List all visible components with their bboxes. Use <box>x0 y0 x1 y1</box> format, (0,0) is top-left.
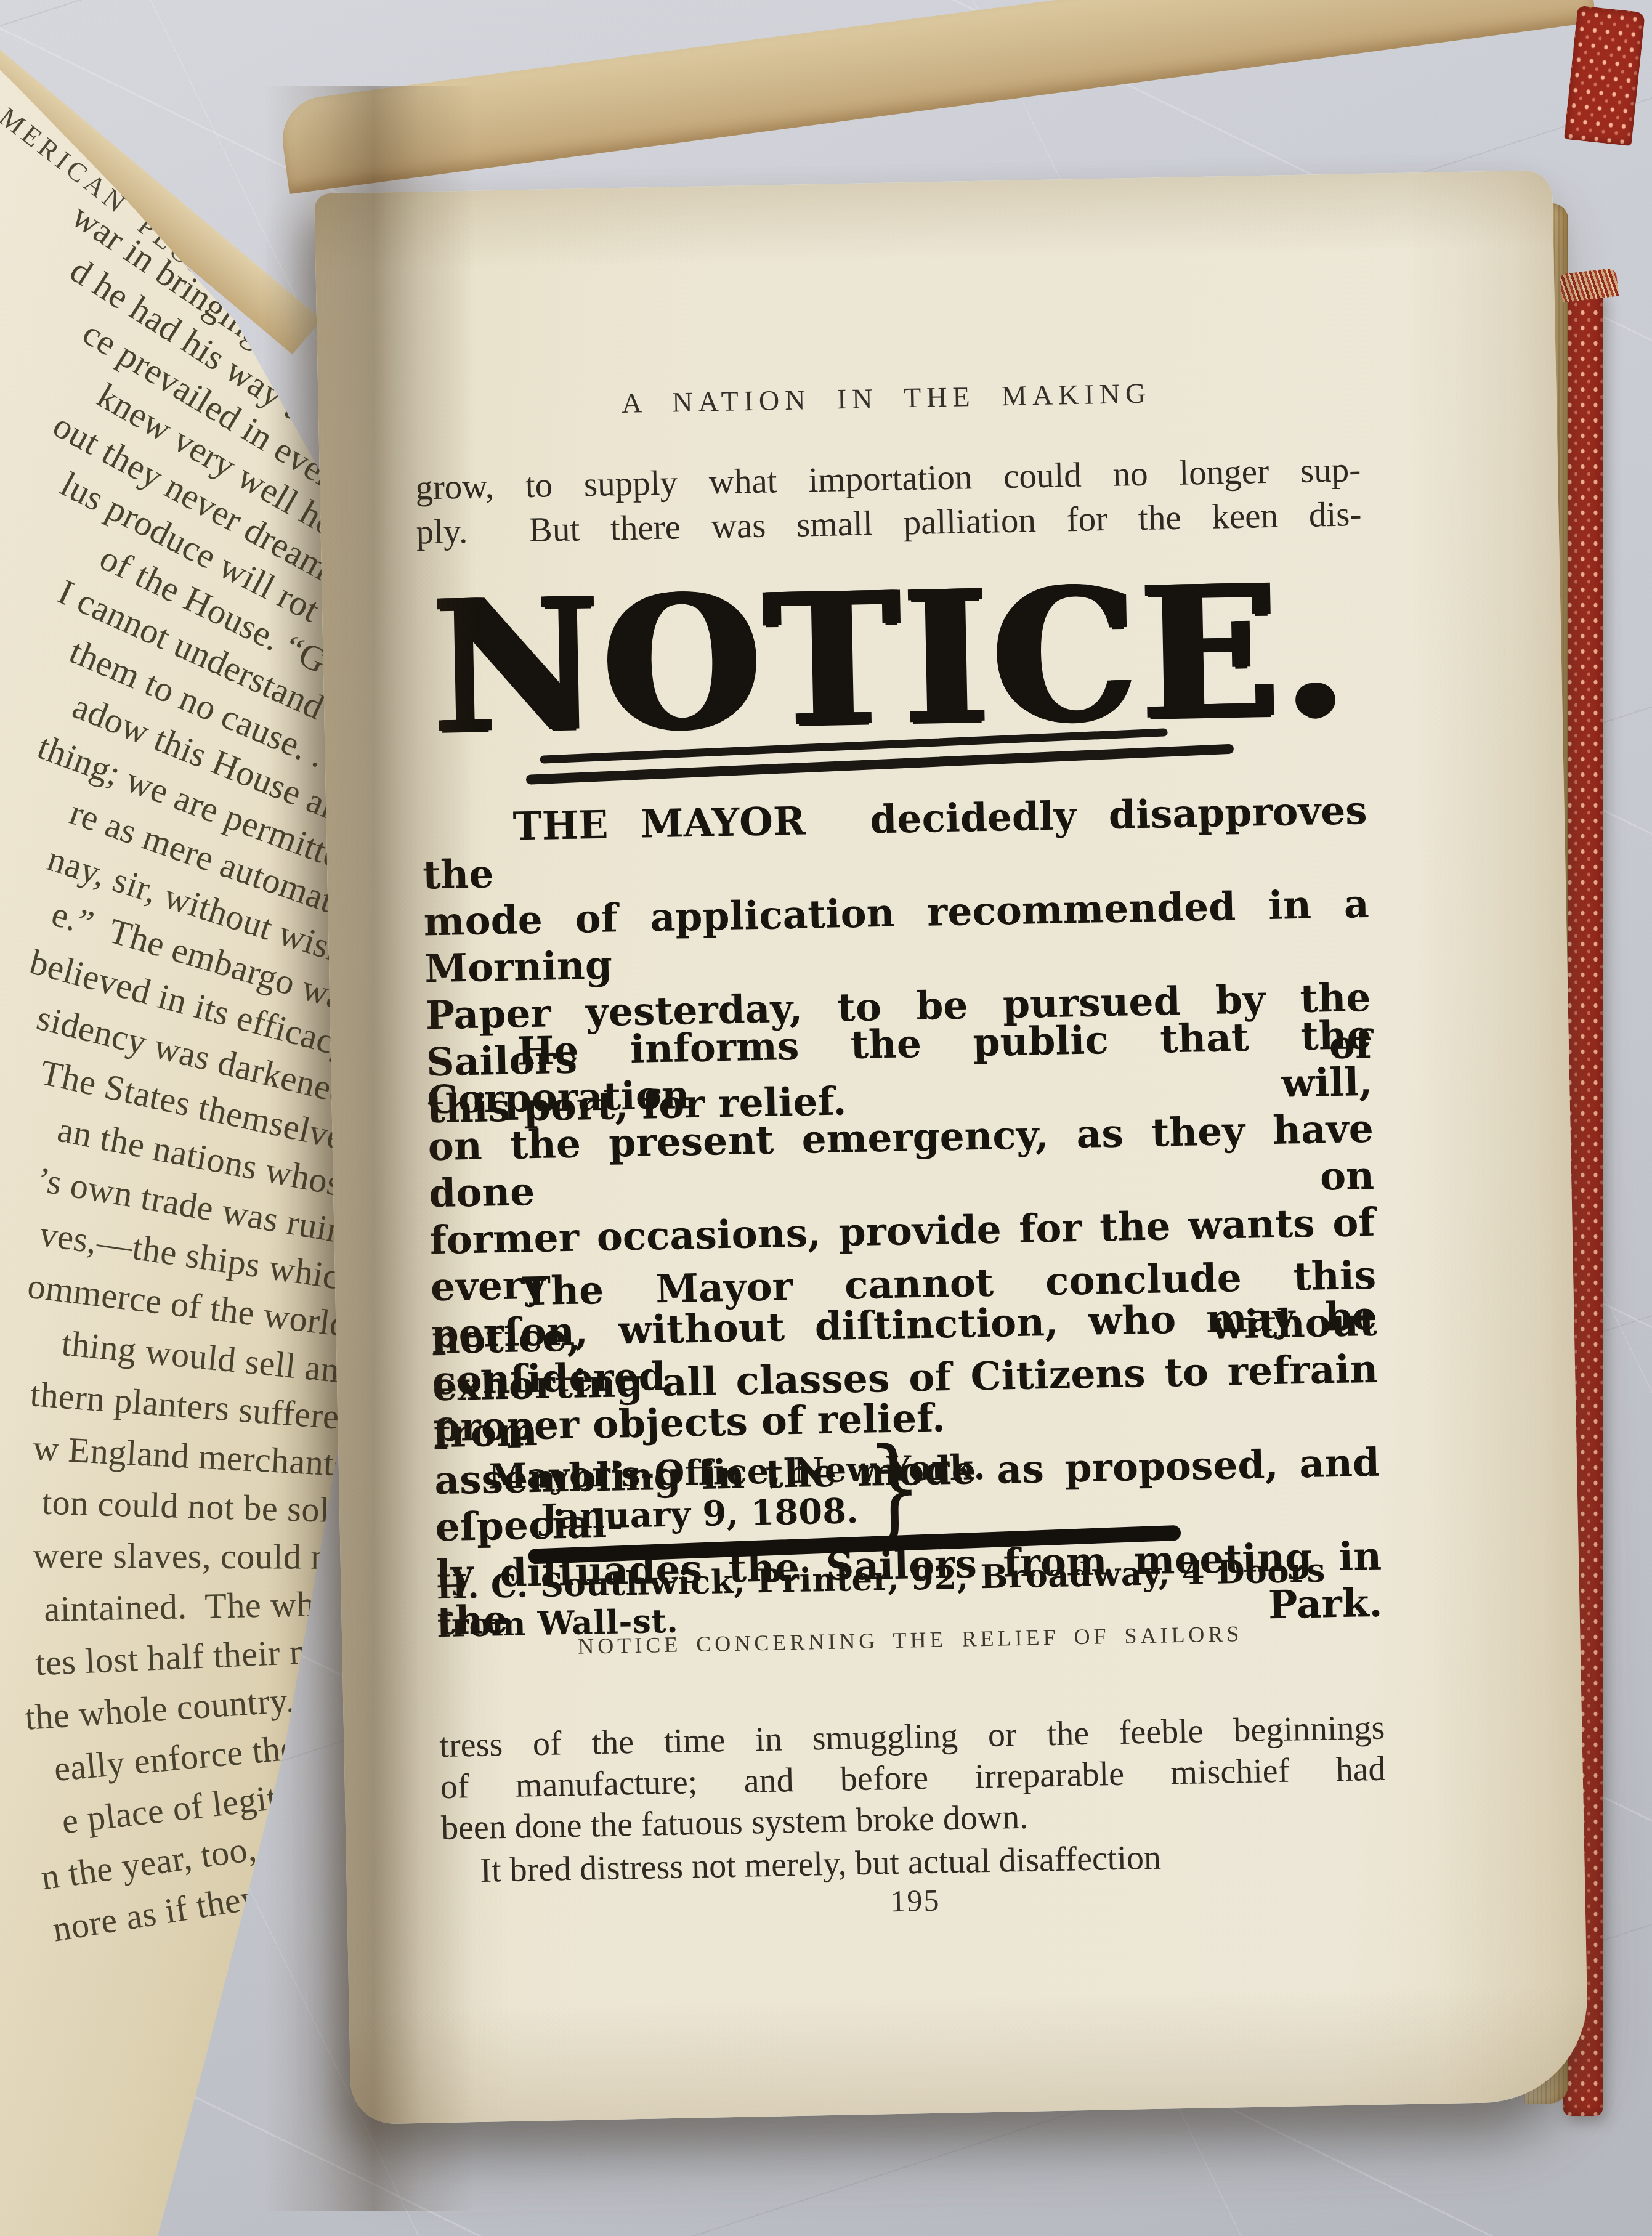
text-line: mode of application recommended in a Mor… <box>423 880 1371 992</box>
text-line: THE MAYOR decidedly disapproves the <box>421 787 1369 898</box>
paragraph-top: grow, to supply what importation could n… <box>415 448 1362 554</box>
running-head: A NATION IN THE MAKING <box>413 373 1359 423</box>
right-page: A NATION IN THE MAKING grow, to supply w… <box>314 170 1589 2125</box>
red-cover-corner <box>1564 6 1645 146</box>
signature-date-line: January 9, 1808. <box>541 1491 859 1537</box>
text-line: The Mayor cannot conclude this notice, w… <box>431 1252 1378 1363</box>
text-line: were slaves, could not <box>0 1533 357 1578</box>
text-line: He informs the public that the Corporati… <box>426 1011 1373 1123</box>
book-photo: MERICAN PEOPLE war in bringing foreignd … <box>0 0 1652 2236</box>
paragraph-bottom: tress of the time in smuggling or the fe… <box>439 1707 1387 1849</box>
signature-brace: } <box>865 1433 923 1544</box>
text-line: on the present emergency, as they have d… <box>427 1105 1375 1217</box>
right-page-content: A NATION IN THE MAKING grow, to supply w… <box>410 174 1392 2123</box>
